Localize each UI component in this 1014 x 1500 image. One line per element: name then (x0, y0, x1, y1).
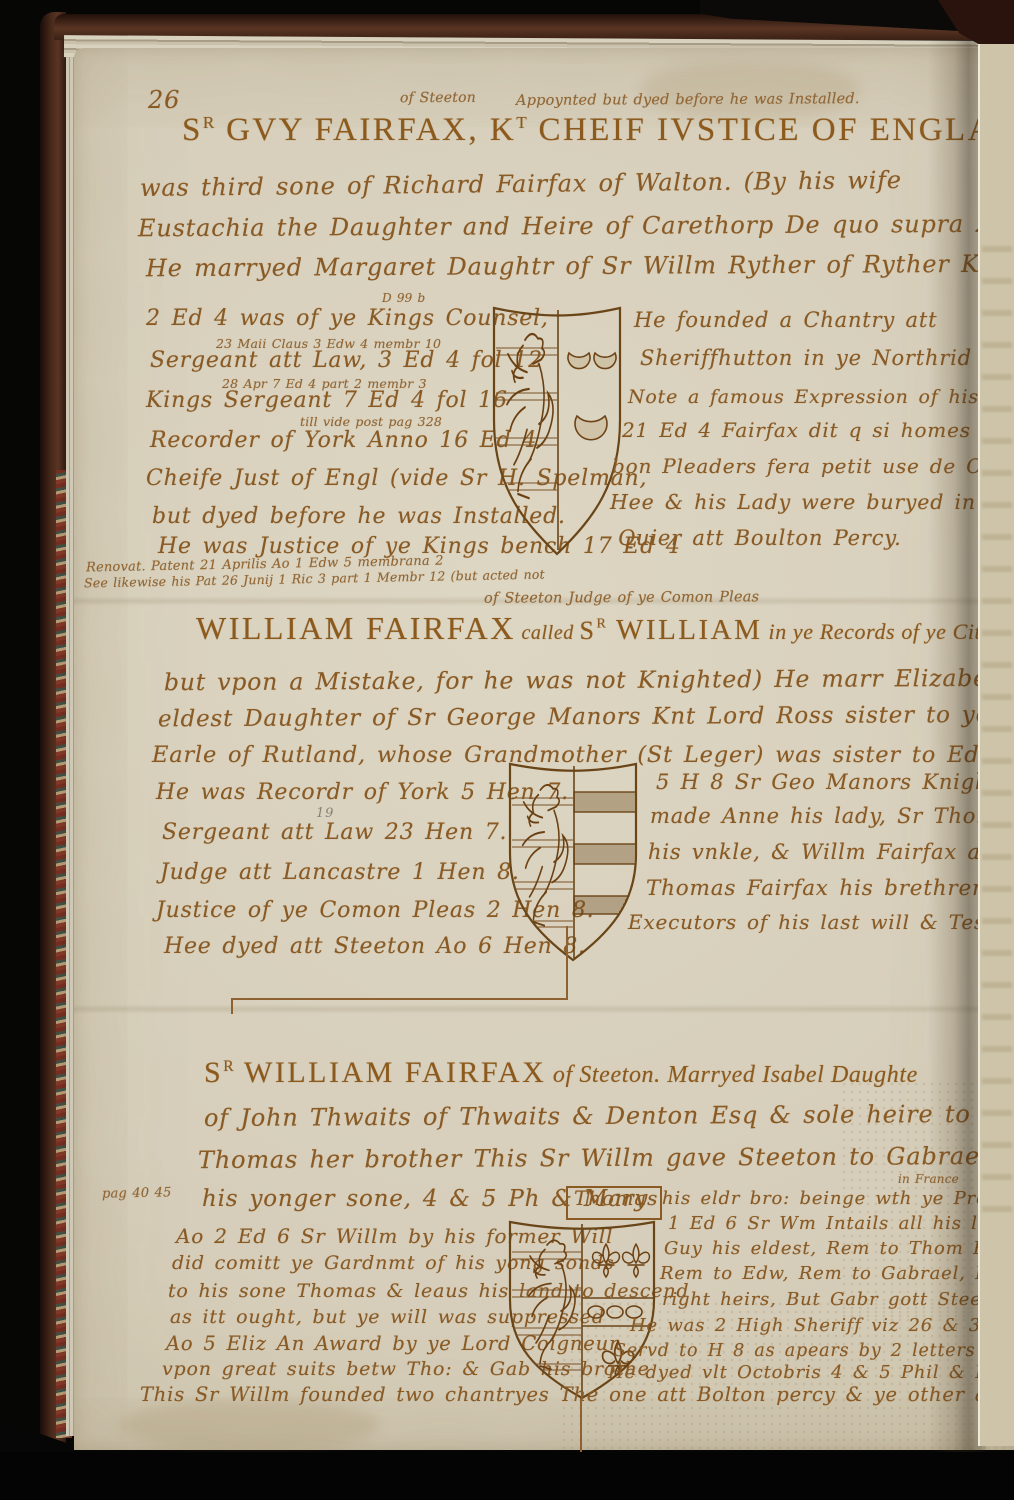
title-part: S (182, 112, 203, 148)
lion-rampant-icon (523, 785, 568, 926)
page-fold-shadow (74, 1004, 1014, 1014)
title-part: WILLIAM FAIRFAX (196, 610, 516, 646)
manuscript-photo: 26 of Steeton Appoynted but dyed before … (0, 0, 1014, 1500)
lion-rampant-icon (507, 334, 553, 498)
interlinear-citation: D 99 b (382, 291, 425, 305)
interlinear-note-appointed: Appoynted but dyed before he was Install… (516, 91, 860, 109)
manuscript-line: This Sr Willm founded two chantryes The … (140, 1383, 1014, 1406)
title-part: of Steeton. Marryed Isabel Daughte (546, 1062, 918, 1088)
title-part: called (516, 622, 580, 644)
interlinear-citation: till vide post pag 328 (300, 414, 442, 429)
parchment-stain (640, 60, 860, 120)
lion-rampant-icon (529, 1240, 575, 1369)
manuscript-line: Eustachia the Daughter and Heire of Care… (138, 210, 1014, 243)
manuscript-line: eldest Daughter of Sr George Manors Knt … (158, 702, 1014, 733)
bars-hatched (574, 792, 638, 914)
title-part: WILLIAM (607, 614, 763, 646)
coat-of-arms-fairfax-manners (498, 756, 648, 968)
manuscript-line: Sheriffhutton in ye Northrid (640, 346, 972, 370)
coat-of-arms-fairfax-ryther (482, 298, 632, 564)
manuscript-line: Sergeant att Law 23 Hen 7. (162, 820, 507, 845)
crescent-icon (568, 353, 616, 440)
descent-line-hook (231, 998, 233, 1014)
interlinear-note-judge: of Steeton Judge of ye Comon Pleas (484, 589, 759, 606)
section-title-william-fairfax-steeton: SR WILLIAM FAIRFAX of Steeton. Marryed I… (204, 1056, 918, 1090)
margin-page-reference: pag 40 45 (102, 1185, 172, 1201)
manuscript-line: He founded a Chantry att (634, 308, 937, 332)
manuscript-line: of John Thwaits of Thwaits & Denton Esq … (204, 1100, 971, 1132)
pencil-correction: 19 (316, 806, 334, 821)
next-page-bleedthrough (982, 220, 1012, 1220)
descent-line-horizontal (232, 998, 568, 1000)
manuscript-line: but vpon a Mistake, for he was not Knigh… (164, 664, 1014, 696)
title-part: WILLIAM FAIRFAX (235, 1056, 547, 1089)
title-superscript: T (516, 113, 527, 132)
interlinear-note-steeton: of Steeton (400, 90, 476, 106)
title-part: GVY FAIRFAX, K (215, 112, 516, 148)
descent-line-vertical (566, 926, 568, 1000)
background-bottom (0, 1452, 1014, 1500)
genealogy-label-thomas: Thomas (574, 1186, 658, 1210)
bars-gemelles (496, 348, 557, 490)
manuscript-line: Thomas her brother This Sr Willm gave St… (198, 1142, 997, 1174)
manuscript-line: Quier att Boulton Percy. (618, 526, 902, 550)
page-number: 26 (148, 86, 180, 114)
manuscript-line: He marryed Margaret Daughtr of Sr Willm … (146, 250, 1007, 283)
section-title-william-fairfax: WILLIAM FAIRFAX called SR WILLIAM in ye … (196, 610, 998, 647)
parchment-stain (120, 1400, 380, 1450)
manuscript-line: Judge att Lancastre 1 Hen 8. (160, 860, 520, 885)
section-title-guy-fairfax: SR GVY FAIRFAX, KT CHEIF IVSTICE OF ENGL… (182, 112, 1014, 149)
title-superscript: R (223, 1058, 234, 1075)
title-part: S (204, 1056, 223, 1089)
manuscript-line: Kings Sergeant 7 Ed 4 fol 16 (146, 388, 508, 413)
manuscript-line: Recorder of York Anno 16 Ed 4 (150, 428, 537, 453)
title-superscript: R (203, 113, 215, 132)
descent-line-vertical (580, 1398, 582, 1458)
title-part: S (580, 616, 597, 645)
title-superscript: R (596, 616, 606, 631)
